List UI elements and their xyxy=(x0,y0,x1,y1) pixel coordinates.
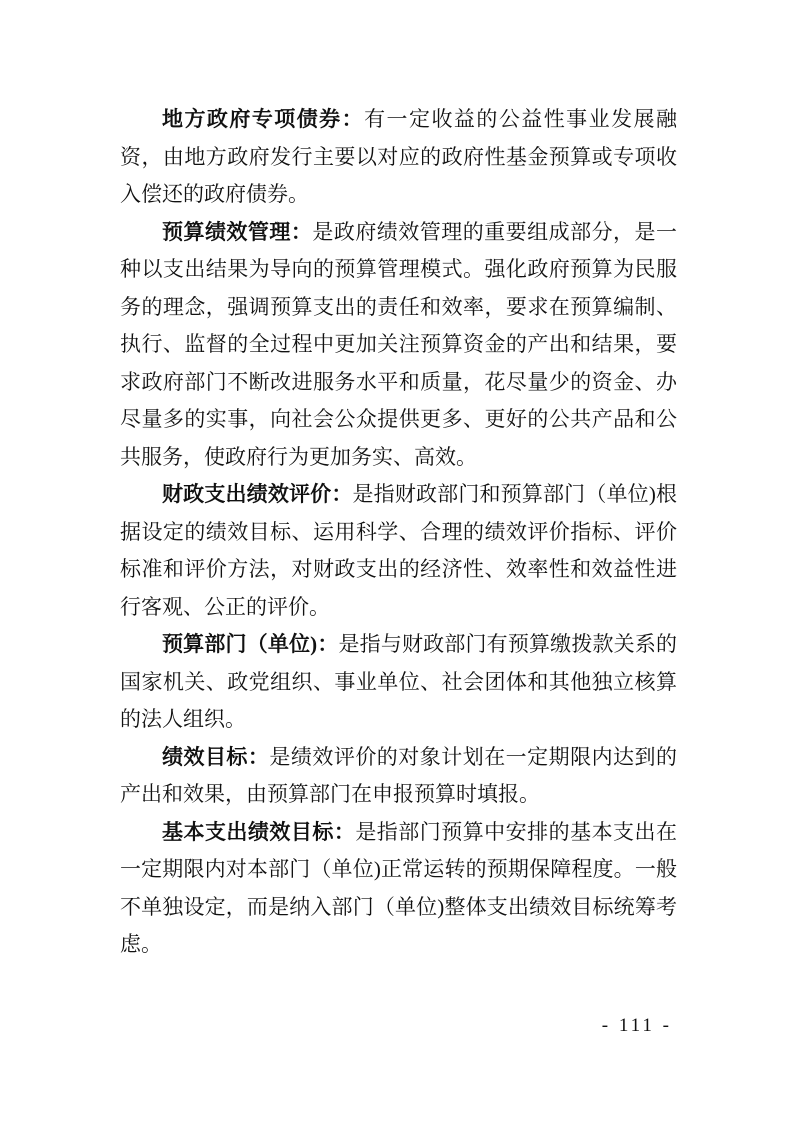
definition-paragraph: 预算绩效管理：是政府绩效管理的重要组成部分，是一种以支出结果为导向的预算管理模式… xyxy=(120,214,677,477)
definition-term: 地方政府专项债券： xyxy=(162,107,364,131)
definition-term: 预算部门（单位)： xyxy=(162,632,339,656)
definition-term: 财政支出绩效评价： xyxy=(162,482,353,506)
definition-paragraph: 财政支出绩效评价：是指财政部门和预算部门（单位)根据设定的绩效目标、运用科学、合… xyxy=(120,476,677,626)
definition-body: 是政府绩效管理的重要组成部分，是一种以支出结果为导向的预算管理模式。强化政府预算… xyxy=(120,220,677,469)
definition-paragraph: 基本支出绩效目标：是指部门预算中安排的基本支出在一定期限内对本部门（单位)正常运… xyxy=(120,814,677,964)
page-number: - 111 - xyxy=(602,1015,672,1037)
definition-paragraph: 地方政府专项债券：有一定收益的公益性事业发展融资，由地方政府发行主要以对应的政府… xyxy=(120,101,677,214)
definition-term: 预算绩效管理： xyxy=(162,220,312,244)
document-page: 地方政府专项债券：有一定收益的公益性事业发展融资，由地方政府发行主要以对应的政府… xyxy=(0,0,793,1122)
definition-term: 基本支出绩效目标： xyxy=(162,820,355,844)
definition-term: 绩效目标： xyxy=(162,745,269,769)
definition-paragraph: 绩效目标：是绩效评价的对象计划在一定期限内达到的产出和效果，由预算部门在申报预算… xyxy=(120,739,677,814)
definitions-section: 地方政府专项债券：有一定收益的公益性事业发展融资，由地方政府发行主要以对应的政府… xyxy=(120,101,677,964)
definition-paragraph: 预算部门（单位)：是指与财政部门有预算缴拨款关系的国家机关、政党组织、事业单位、… xyxy=(120,626,677,739)
